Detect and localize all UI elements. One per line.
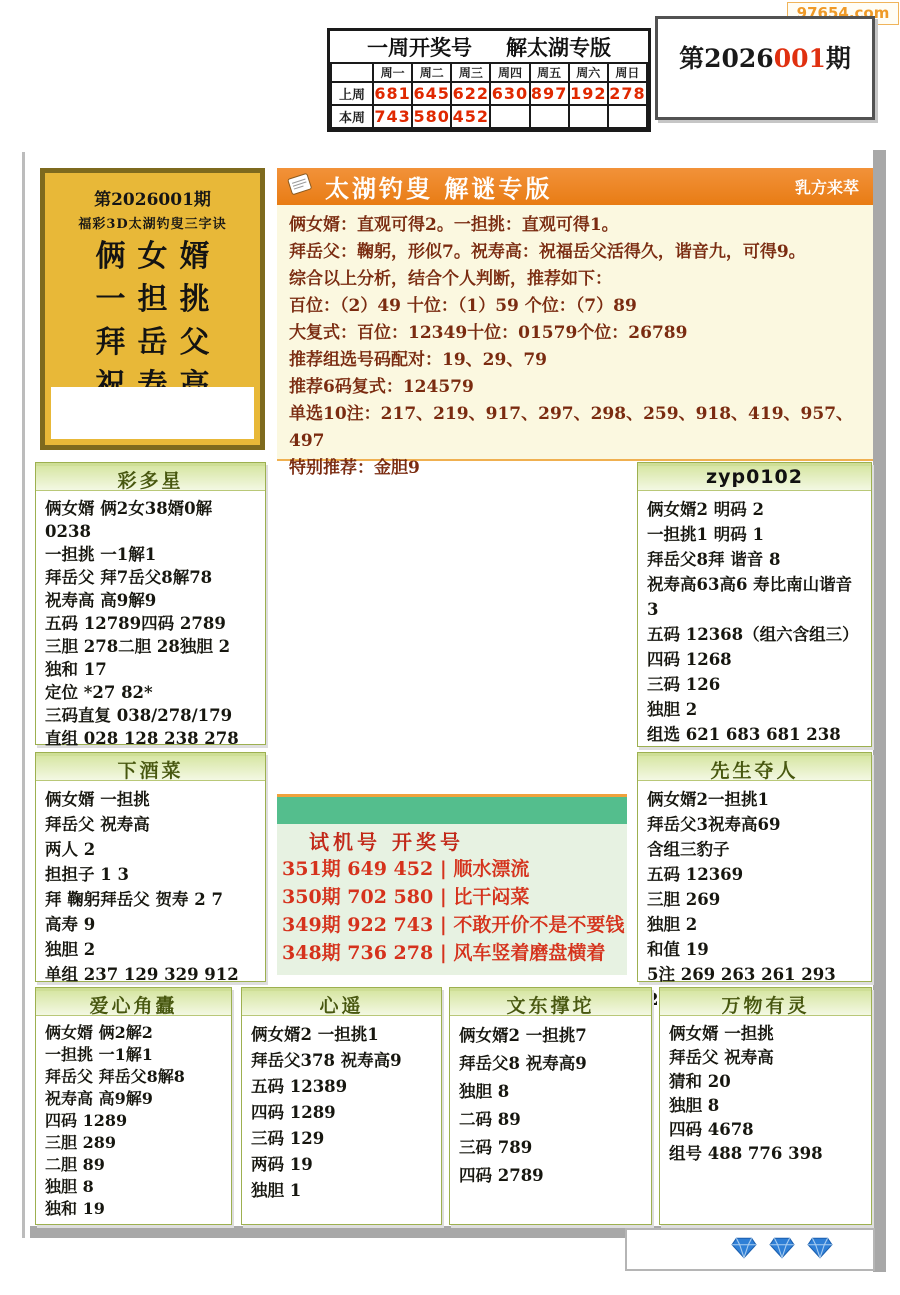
- text-line: 俩女婿 一担挑: [669, 1022, 862, 1046]
- text-line: 担担子 1 3: [45, 862, 256, 887]
- text-line: 组号 488 776 398: [669, 1142, 862, 1166]
- week-number: 630: [490, 82, 529, 105]
- weekly-results-box: 一周开奖号 解太湖专版 周一 周二 周三 周四 周五 周六 周日 上周 681 …: [327, 28, 651, 132]
- panel-aixinjiaodu: 爱心角蠹 俩女婿 俩2解2一担挑 一1解1拜岳父 拜岳父8解8祝寿高 高9解9四…: [35, 987, 232, 1225]
- week-header-day: 周二: [412, 63, 451, 82]
- text-line: 拜岳父3祝寿高69: [647, 812, 862, 837]
- text-line: 大复式：百位：12349十位：01579个位：26789: [289, 320, 861, 347]
- left-border-line: [22, 152, 25, 1238]
- poem-issue: 第2026001期: [45, 185, 260, 210]
- text-line: 独胆 2: [647, 697, 862, 722]
- panel-title: 先生夺人: [638, 753, 871, 781]
- issue-highlight: 001: [774, 44, 826, 73]
- text-line: 拜岳父 祝寿高: [45, 812, 256, 837]
- scroll-icon: [285, 172, 315, 202]
- text-line: 含组三豹子: [647, 837, 862, 862]
- week-number: 278: [608, 82, 647, 105]
- panel-title: 文东撑坨: [450, 988, 651, 1016]
- week-row-label: 本周: [331, 105, 373, 128]
- issue-number-box: 第2026001期: [655, 16, 875, 120]
- issue-prefix: 第2026: [679, 44, 774, 73]
- weekly-title-left: 一周开奖号: [367, 32, 472, 62]
- text-line: 俩女婿：直观可得2。一担挑：直观可得1。: [289, 212, 861, 239]
- text-line: 拜岳父 拜7岳父8解78: [45, 566, 256, 589]
- text-line: 二码 89: [459, 1106, 642, 1134]
- panel-zyp0102: zyp0102 俩女婿2 明码 2一担挑1 明码 1拜岳父8拜 谐音 8祝寿高6…: [637, 462, 872, 747]
- text-line: 拜岳父 拜岳父8解8: [45, 1066, 222, 1088]
- text-line: 三码直复 038/278/179: [45, 704, 256, 727]
- panel-xinyao: 心遥 俩女婿2 一担挑1拜岳父378 祝寿高9五码 12389四码 1289三码…: [241, 987, 442, 1225]
- text-line: 拜岳父378 祝寿高9: [251, 1048, 432, 1074]
- text-line: 祝寿高63高6 寿比南山谐音3: [647, 572, 862, 622]
- diamond-icon: [807, 1237, 833, 1263]
- panel-xianshengduoren: 先生夺人 俩女婿2一担挑1拜岳父3祝寿高69含组三豹子五码 12369三胆 26…: [637, 752, 872, 982]
- text-line: 俩女婿 一担挑: [45, 787, 256, 812]
- poem-subtitle: 福彩3D太湖钓叟三字诀: [45, 213, 260, 232]
- poem-line: 俩女婿: [45, 239, 260, 275]
- text-line: 和值 19: [647, 937, 862, 962]
- text-line: 五码 12789四码 2789: [45, 612, 256, 635]
- text-line: 综合以上分析，结合个人判断，推荐如下：: [289, 266, 861, 293]
- panel-title: zyp0102: [638, 463, 871, 491]
- draw-rows: 351期 649 452 | 顺水漂流350期 702 580 | 比干闷菜34…: [277, 855, 627, 967]
- right-scroll-shadow-bar: [873, 150, 886, 1272]
- text-line: 四码 2789: [459, 1162, 642, 1190]
- text-line: 两人 2: [45, 837, 256, 862]
- text-line: 独胆 8: [669, 1094, 862, 1118]
- text-line: 独和 19: [45, 1198, 222, 1220]
- week-table-row-lastweek: 上周 681 645 622 630 897 192 278: [331, 82, 647, 105]
- panel-title: 下酒菜: [36, 753, 265, 781]
- text-line: 349期 922 743 | 不敢开价不是不要钱: [277, 911, 627, 939]
- poem-box: 第2026001期 福彩3D太湖钓叟三字诀 俩女婿 一担挑 拜岳父 祝寿高: [40, 168, 265, 450]
- text-line: 三胆 278二胆 28独胆 2: [45, 635, 256, 658]
- poem-line: 拜岳父: [45, 325, 260, 361]
- text-line: 三码 126: [647, 672, 862, 697]
- text-line: 五码 12368（组六含组三）: [647, 622, 862, 647]
- panel-body: 俩女婿 俩2解2一担挑 一1解1拜岳父 拜岳父8解8祝寿高 高9解9四码 128…: [36, 1016, 231, 1226]
- week-header-day: 周六: [569, 63, 608, 82]
- green-band: [277, 797, 627, 824]
- text-line: 定位 *27 82*: [45, 681, 256, 704]
- text-line: 三码 789: [459, 1134, 642, 1162]
- week-number: 681: [373, 82, 412, 105]
- banner-title: 太湖钓叟 解谜专版: [325, 169, 552, 204]
- text-line: 拜 鞠躬拜岳父 贺寿 2 7: [45, 887, 256, 912]
- panel-caiduoxing: 彩多星 俩女婿 俩2女38婿0解0238一担挑 一1解1拜岳父 拜7岳父8解78…: [35, 462, 266, 745]
- text-line: 三码 129: [251, 1126, 432, 1152]
- text-line: 独胆 1: [251, 1178, 432, 1204]
- text-line: 拜岳父8拜 谐音 8: [647, 547, 862, 572]
- week-number: [608, 105, 647, 128]
- text-line: 四码 1289: [251, 1100, 432, 1126]
- week-number: [490, 105, 529, 128]
- weekly-results-title: 一周开奖号 解太湖专版: [330, 31, 648, 62]
- weekly-title-right: 解太湖专版: [506, 32, 611, 62]
- panel-xiajiucai: 下酒菜 俩女婿 一担挑拜岳父 祝寿高两人 2担担子 1 3拜 鞠躬拜岳父 贺寿 …: [35, 752, 266, 982]
- text-line: 一担挑1 明码 1: [647, 522, 862, 547]
- text-line: 单选10注：217、219、917、297、298、259、918、419、95…: [289, 401, 861, 455]
- week-header-day: 周五: [530, 63, 569, 82]
- panel-title: 万物有灵: [660, 988, 871, 1016]
- issue-number: 第2026001期: [658, 39, 872, 75]
- text-line: 三胆 289: [45, 1132, 222, 1154]
- week-table: 周一 周二 周三 周四 周五 周六 周日 上周 681 645 622 630 …: [330, 62, 648, 129]
- week-table-row-thisweek: 本周 743 580 452: [331, 105, 647, 128]
- panel-body: 俩女婿2 一担挑7拜岳父8 祝寿高9独胆 8二码 89三码 789四码 2789: [450, 1016, 651, 1196]
- week-number: 897: [530, 82, 569, 105]
- panel-body: 俩女婿2 一担挑1拜岳父378 祝寿高9五码 12389四码 1289三码 12…: [242, 1016, 441, 1210]
- main-banner: 太湖钓叟 解谜专版 乳方来萃: [277, 168, 873, 205]
- text-line: 俩女婿2 明码 2: [647, 497, 862, 522]
- text-line: 四码 1268: [647, 647, 862, 672]
- text-line: 俩女婿 俩2女38婿0解0238: [45, 497, 256, 543]
- text-line: 350期 702 580 | 比干闷菜: [277, 883, 627, 911]
- week-header-day: 周日: [608, 63, 647, 82]
- week-number: 192: [569, 82, 608, 105]
- week-row-label: 上周: [331, 82, 373, 105]
- text-line: 独胆 8: [45, 1176, 222, 1198]
- text-line: 祝寿高 高9解9: [45, 1088, 222, 1110]
- week-header-day: 周一: [373, 63, 412, 82]
- poem-blank-area: [51, 387, 254, 439]
- week-header-day: 周三: [451, 63, 490, 82]
- week-number: 743: [373, 105, 412, 128]
- text-line: 拜岳父 祝寿高: [669, 1046, 862, 1070]
- panel-body: 俩女婿 一担挑拜岳父 祝寿高猜和 20独胆 8四码 4678组号 488 776…: [660, 1016, 871, 1172]
- poem-line: 一担挑: [45, 282, 260, 318]
- analysis-block: 俩女婿：直观可得2。一担挑：直观可得1。拜岳父：鞠躬，形似7。祝寿高：祝福岳父活…: [277, 205, 873, 461]
- diamonds-footer: [625, 1228, 875, 1271]
- text-line: 一担挑 一1解1: [45, 543, 256, 566]
- week-header-blank: [331, 63, 373, 82]
- panel-wanwuyouling: 万物有灵 俩女婿 一担挑拜岳父 祝寿高猜和 20独胆 8四码 4678组号 48…: [659, 987, 872, 1225]
- text-line: 独和 17: [45, 658, 256, 681]
- text-line: 百位：（2）49 十位：（1）59 个位：（7）89: [289, 293, 861, 320]
- panel-body: 俩女婿 一担挑拜岳父 祝寿高两人 2担担子 1 3拜 鞠躬拜岳父 贺寿 2 7高…: [36, 781, 265, 1018]
- issue-suffix: 期: [826, 44, 851, 73]
- text-line: 五码 12369: [647, 862, 862, 887]
- text-line: 推荐组选号码配对：19、29、79: [289, 347, 861, 374]
- text-line: 俩女婿 俩2解2: [45, 1022, 222, 1044]
- week-header-day: 周四: [490, 63, 529, 82]
- panel-title: 彩多星: [36, 463, 265, 491]
- week-number: 580: [412, 105, 451, 128]
- text-line: 猜和 20: [669, 1070, 862, 1094]
- text-line: 五码 12389: [251, 1074, 432, 1100]
- draw-columns-title: 试机号 开奖号: [277, 829, 627, 855]
- text-line: 独胆 2: [45, 937, 256, 962]
- panel-body: 俩女婿2一担挑1拜岳父3祝寿高69含组三豹子五码 12369三胆 269独胆 2…: [638, 781, 871, 1018]
- text-line: 俩女婿2 一担挑7: [459, 1022, 642, 1050]
- text-line: 高寿 9: [45, 912, 256, 937]
- text-line: 二胆 89: [45, 1154, 222, 1176]
- draw-numbers-panel: 试机号 开奖号 351期 649 452 | 顺水漂流350期 702 580 …: [277, 797, 627, 975]
- week-number: [530, 105, 569, 128]
- text-line: 俩女婿2一担挑1: [647, 787, 862, 812]
- text-line: 独胆 8: [459, 1078, 642, 1106]
- text-line: 拜岳父8 祝寿高9: [459, 1050, 642, 1078]
- diamond-icon: [731, 1237, 757, 1263]
- text-line: 独胆 2: [647, 912, 862, 937]
- banner-right-label: 乳方来萃: [795, 175, 859, 198]
- text-line: 348期 736 278 | 风车竖着磨盘横着: [277, 939, 627, 967]
- text-line: 俩女婿2 一担挑1: [251, 1022, 432, 1048]
- text-line: 祝寿高 高9解9: [45, 589, 256, 612]
- panel-wendongchengtuo: 文东撑坨 俩女婿2 一担挑7拜岳父8 祝寿高9独胆 8二码 89三码 789四码…: [449, 987, 652, 1225]
- text-line: 三胆 269: [647, 887, 862, 912]
- text-line: 四码 1289: [45, 1110, 222, 1132]
- diamond-icon: [769, 1237, 795, 1263]
- taihu-lottery-page: 97654.com 一周开奖号 解太湖专版 周一 周二 周三 周四 周五 周六 …: [0, 0, 900, 1295]
- week-number: [569, 105, 608, 128]
- text-line: 推荐6码复式：124579: [289, 374, 861, 401]
- text-line: 四码 4678: [669, 1118, 862, 1142]
- text-line: 351期 649 452 | 顺水漂流: [277, 855, 627, 883]
- week-number: 622: [451, 82, 490, 105]
- panel-title: 心遥: [242, 988, 441, 1016]
- week-table-header-row: 周一 周二 周三 周四 周五 周六 周日: [331, 63, 647, 82]
- text-line: 拜岳父：鞠躬，形似7。祝寿高：祝福岳父活得久，谐音九，可得9。: [289, 239, 861, 266]
- text-line: 一担挑 一1解1: [45, 1044, 222, 1066]
- week-number: 645: [412, 82, 451, 105]
- panel-title: 爱心角蠹: [36, 988, 231, 1016]
- week-number: 452: [451, 105, 490, 128]
- text-line: 两码 19: [251, 1152, 432, 1178]
